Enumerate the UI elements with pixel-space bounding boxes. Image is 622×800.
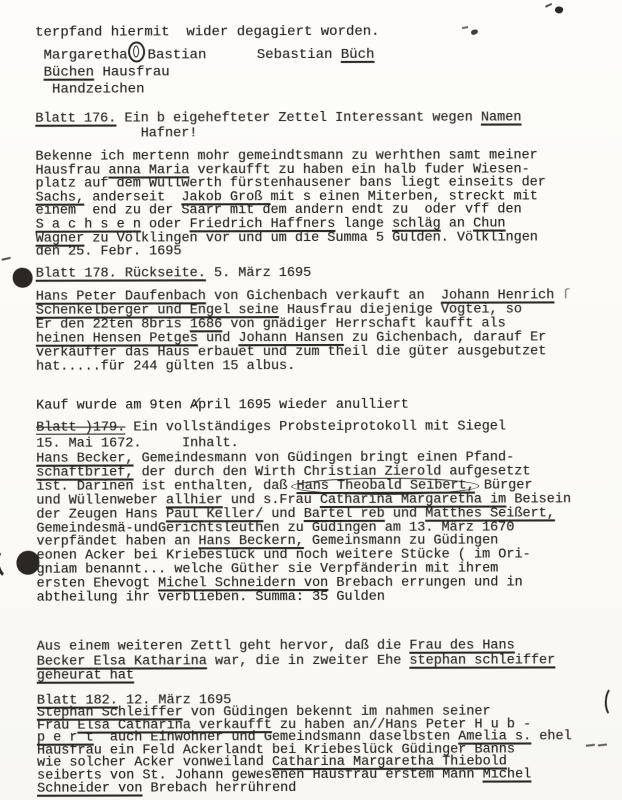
text-segment: Blatt 178. Rückseite. (36, 266, 206, 281)
line-kauf-annulliert: Kauf wurde am 9ten /April 1695 wieder an… (36, 399, 409, 414)
text-segment: ehel (531, 730, 572, 745)
text-segment: Schneider von (37, 781, 142, 796)
text-segment: Johann Henrich (441, 288, 554, 303)
text-segment: und (263, 507, 304, 522)
text-segment: Büch (341, 47, 375, 63)
document-line: MargarethaBastian Sebastian Büch (35, 41, 380, 65)
text-segment: Becker Elsa Katharina (37, 654, 207, 669)
text-segment: Blatt 176. (35, 112, 116, 127)
margin-dot-blatt178-icon (13, 268, 33, 288)
text-segment: Matthes Seißert, (425, 506, 555, 521)
text-segment: Ein b eigehefteter Zettel Interessant we… (116, 111, 481, 127)
text-segment: Margaretha (35, 47, 127, 63)
text-segment: Michel (483, 767, 532, 782)
document-line: geheurat hat (37, 669, 556, 685)
text-segment: Bastian Sebastian (147, 47, 340, 64)
document-line: Büchen Hausfrau (35, 64, 380, 82)
heading-blatt-176: Blatt 176. Ein b eigehefteter Zettel Int… (35, 110, 521, 141)
text-segment: Bartel reb (304, 506, 385, 521)
text-segment: Namen (481, 110, 522, 125)
paragraph-blatt-176: Bekenne ich mertenn mohr gemeindtsmann z… (35, 149, 546, 259)
document-line: Becker Elsa Katharina war, die in zweite… (37, 654, 556, 670)
text-segment: Frau des Hans (409, 638, 514, 653)
paragraph-blatt-178: Hans Peter Daufenbach von Gichenbach ver… (36, 289, 571, 374)
handsign-icon (128, 41, 145, 62)
text-segment: stephan schleiffer (409, 653, 555, 668)
heading-blatt-179: Blatt )179. Ein vollständiges Probsteipr… (36, 419, 506, 451)
document-line: verkäuffer das Haus erbauet und zum thei… (36, 345, 571, 360)
document-line: den 25. Febr. 1695 (36, 245, 546, 260)
text-segment: Kauf wurde am 9ten (36, 398, 190, 413)
right-double-dash-icon (586, 744, 595, 747)
text-segment: 5. März 1695 (206, 266, 311, 281)
document-page: terpfand hiermit wider degagiert worden.… (0, 0, 622, 800)
document-line: abtheilung ihr verblieben. Summa: 35 Gul… (37, 590, 572, 605)
text-segment: Ein vollständiges Probsteiprotokoll mit … (125, 419, 506, 435)
document-line: terpfand hiermit wider degagiert worden. (35, 24, 380, 42)
document-line: Blatt 178. Rückseite. 5. März 1695 (36, 267, 312, 281)
text-segment: Bürger (476, 478, 533, 493)
text-segment: 1686 (190, 317, 222, 332)
document-line: hat.....für 244 gülten 15 albus. (36, 359, 571, 374)
document-line: Wagner zu Völklingen vor und um die Summ… (36, 231, 546, 246)
text-segment: geheurat hat (37, 669, 134, 684)
text-segment: Brebach errungen und in (328, 576, 522, 592)
text-segment (554, 288, 562, 303)
margin-dash-blatt178-icon (2, 257, 11, 261)
text-segment: Handzeichen (35, 81, 144, 97)
ink-dash-upper-icon (462, 26, 468, 29)
text-segment: Aus einem weiteren Zettl geht hervor, da… (37, 639, 410, 655)
text-segment: ſ (562, 288, 570, 303)
text-segment: Blatt )179. (36, 420, 125, 435)
document-line: Handzeichen (35, 81, 380, 99)
text-segment: Büchen (44, 65, 94, 81)
text-segment: war, die in zweiter Ehe (207, 653, 410, 669)
margin-dot-para179-icon (16, 551, 39, 575)
document-line: Schneider von Brebach herrührend (37, 782, 572, 796)
paragraph-zettel-note: Aus einem weiteren Zettl geht hervor, da… (37, 639, 556, 684)
text-segment: und (385, 506, 426, 521)
text-segment: hat.....für 244 gülten 15 albus. (36, 359, 295, 375)
paragraph-blatt-182: Stephan Schleiffer von Güdingen bekennt … (37, 706, 572, 796)
heading-blatt-178: Blatt 178. Rückseite. 5. März 1695 (36, 267, 312, 281)
text-segment: allhier (166, 493, 223, 508)
ink-dash-top-right-icon (545, 3, 552, 7)
text-segment: 15. Mai 1672. Inhalt. (36, 436, 239, 452)
ink-blot-top-right-icon (554, 5, 564, 14)
document-line: Blatt 176. Ein b eigehefteter Zettel Int… (35, 110, 521, 126)
document-line: Hafner! (35, 125, 521, 141)
text-segment: und (198, 331, 239, 346)
text-segment: Hausfrau (94, 64, 170, 80)
paragraph-closing-signatures: terpfand hiermit wider degagiert worden.… (35, 24, 380, 99)
text-segment: Hafner! (35, 126, 197, 141)
ink-blot-upper-icon (471, 29, 479, 36)
text-segment: terpfand hiermit wider degagiert worden. (35, 24, 380, 41)
text-segment: Beisein (506, 492, 571, 507)
text-segment: 1695 wieder anulliert (230, 398, 408, 413)
text-segment: abtheilung ihr verblieben. Summa: 35 Gul… (36, 590, 384, 606)
text-segment: den 25. Febr. 1695 (36, 244, 182, 259)
document-line: 15. Mai 1672. Inhalt. (36, 435, 506, 452)
text-segment: Brebach herrührend (142, 781, 296, 796)
right-paren-mark-icon (604, 686, 622, 718)
paragraph-blatt-179: Hans Becker, Gemeindesmann von Güdingen … (36, 451, 571, 605)
document-line: Blatt )179. Ein vollständiges Probsteipr… (36, 419, 506, 436)
document-line: Kauf wurde am 9ten /April 1695 wieder an… (36, 399, 409, 414)
